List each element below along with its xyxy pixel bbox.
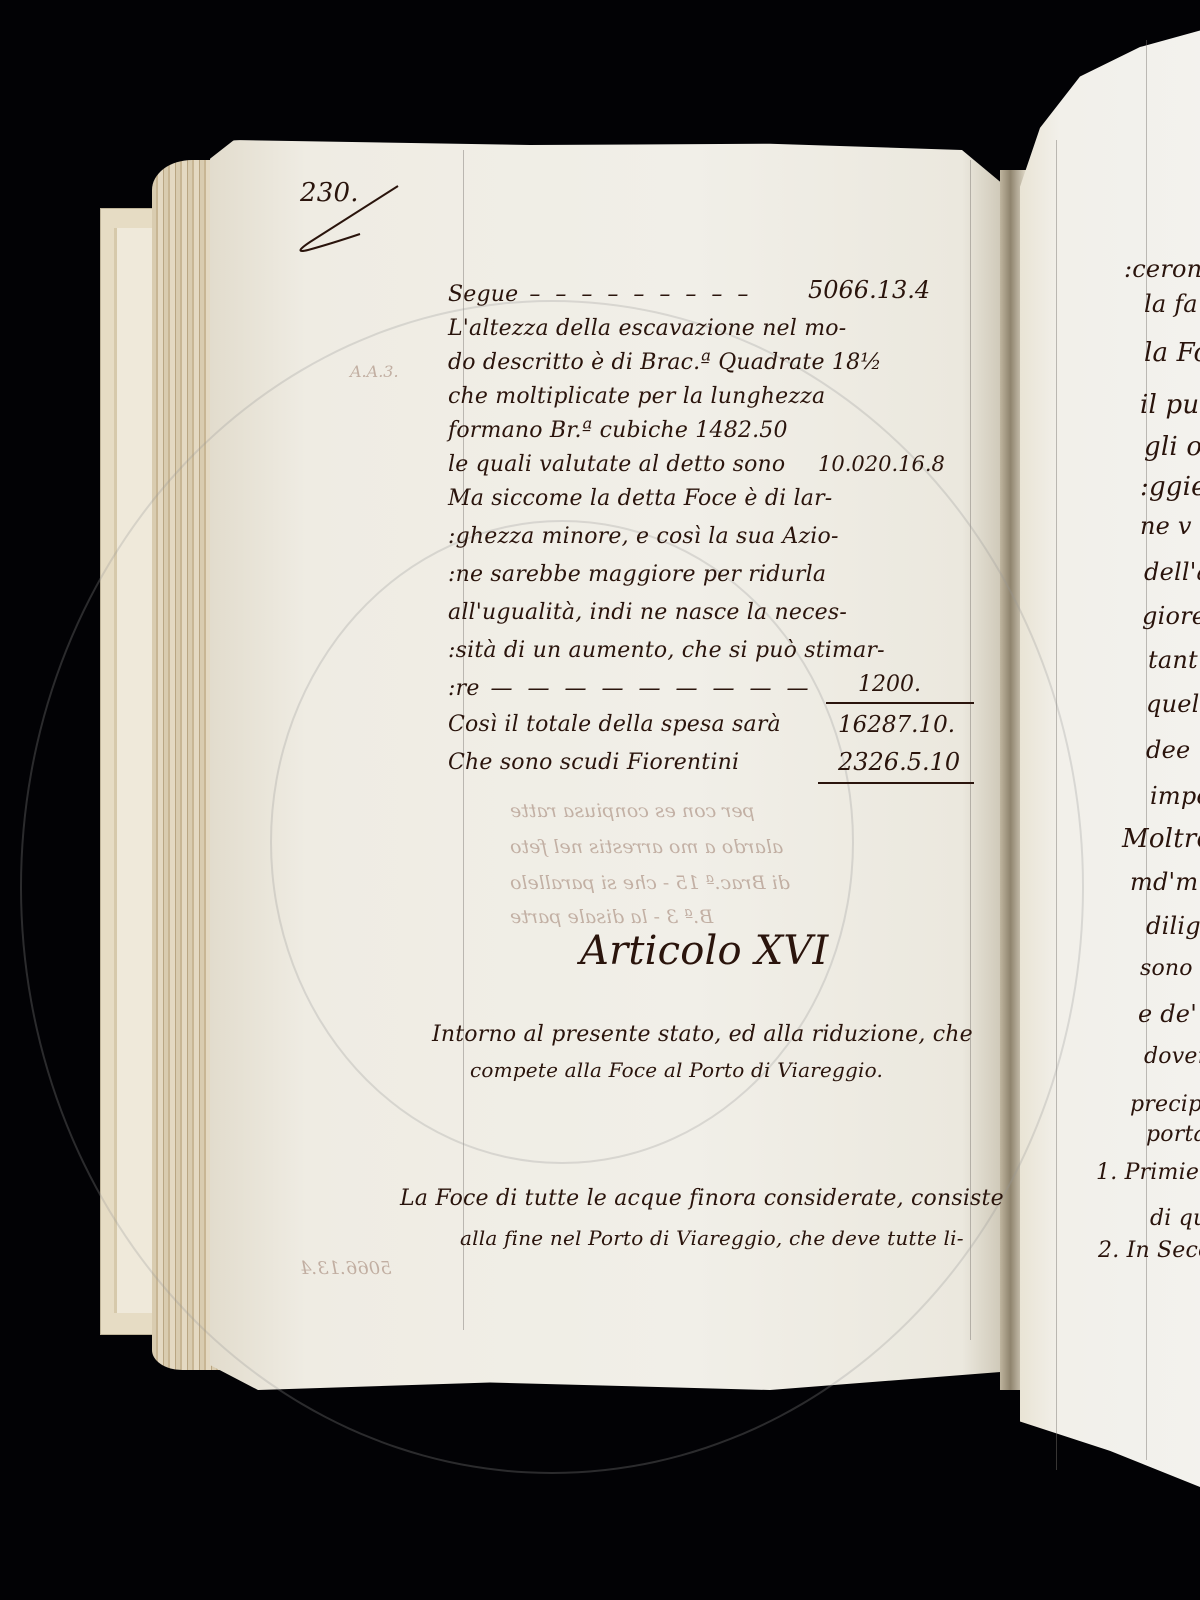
bleed-through-line: di Brac.ª 15 - che si parallelo xyxy=(510,872,790,894)
ledger-total-scudi: 2326.5.10 xyxy=(838,748,960,776)
right-page-fragment: giore xyxy=(1142,602,1200,630)
right-page-fragment: la Foc xyxy=(1144,338,1200,368)
right-page-fragment: impo xyxy=(1150,782,1200,810)
bleed-through-line: alardo a mo arrestis nel feto xyxy=(510,836,783,858)
article-heading: Articolo XVI xyxy=(580,928,829,974)
ledger-line: che moltiplicate per la lunghezza xyxy=(448,384,825,409)
right-page-fragment: sono xyxy=(1140,956,1193,981)
right-page-fragment: gli o xyxy=(1144,432,1200,462)
right-page-fragment: e de' xyxy=(1138,1000,1197,1028)
right-page-fragment: :ggie xyxy=(1140,472,1200,502)
ledger-line: L'altezza della escavazione nel mo- xyxy=(448,316,846,341)
right-page-fragment: tant xyxy=(1148,646,1198,674)
body-line: La Foce di tutte le acque finora conside… xyxy=(400,1186,1004,1211)
right-page-fragment: md'm xyxy=(1130,868,1198,896)
ledger-line: Che sono scudi Fiorentini xyxy=(448,750,739,775)
right-page-fragment: dover xyxy=(1144,1044,1200,1069)
right-page-fragment: di qu xyxy=(1150,1206,1200,1231)
ledger-total: 16287.10. xyxy=(838,712,955,738)
right-page-fragment: Moltre xyxy=(1122,824,1200,854)
right-page-fragment: dilig xyxy=(1146,912,1200,940)
ledger-line: :sità di un aumento, che si può stimar- xyxy=(448,638,885,663)
right-page-fragment: il pu xyxy=(1140,390,1199,420)
ledger-line: do descritto è di Brac.ª Quadrate 18½ xyxy=(448,350,882,375)
right-page-fragment: :ceron xyxy=(1124,255,1200,283)
ledger-line: :ghezza minore, e così la sua Azio- xyxy=(448,524,839,549)
article-subheading: Intorno al presente stato, ed alla riduz… xyxy=(432,1022,973,1047)
ledger-amount: 5066.13.4 xyxy=(808,276,930,304)
right-page-fragment: 1. Primier xyxy=(1096,1160,1200,1185)
right-page-fragment: 2. In Seco xyxy=(1098,1238,1200,1263)
right-page-fragment: la fa xyxy=(1144,290,1198,318)
right-page-fragment: quel xyxy=(1146,690,1200,718)
ledger-amount: 1200. xyxy=(858,672,921,697)
ledger-line: formano Br.ª cubiche 1482.50 xyxy=(448,418,788,443)
bleed-through-line: B.ª 3 - la disale parte xyxy=(510,906,713,928)
ledger-amount: 10.020.16.8 xyxy=(818,452,945,476)
ledger-line: :ne sarebbe maggiore per ridurla xyxy=(448,562,826,587)
bleed-through-line: per con es conpiusa ratte xyxy=(510,800,755,822)
total-underline xyxy=(818,782,974,784)
right-page-fragment: ne v xyxy=(1140,512,1192,540)
body-line: alla fine nel Porto di Viareggio, che de… xyxy=(460,1226,964,1250)
right-page-fragment: porta xyxy=(1146,1122,1200,1147)
right-page-fragment: dell'a xyxy=(1144,558,1200,586)
ledger-line: le quali valutate al detto sono xyxy=(448,452,785,477)
margin-note: A.A.3. xyxy=(350,362,399,381)
article-subheading: compete alla Foce al Porto di Viareggio. xyxy=(470,1058,883,1082)
ledger-line: Ma siccome la detta Foce è di lar- xyxy=(448,486,832,511)
right-page-fragment: precip xyxy=(1130,1092,1200,1117)
ledger-line: Così il totale della spesa sarà xyxy=(448,712,781,737)
bleed-through-number: 5066.13.4 xyxy=(300,1258,392,1279)
ledger-line: all'ugualità, indi ne nasce la neces- xyxy=(448,600,847,625)
folio-flourish-icon xyxy=(290,180,410,260)
sum-rule xyxy=(826,702,974,704)
right-page-fragment: dee xyxy=(1146,736,1190,764)
